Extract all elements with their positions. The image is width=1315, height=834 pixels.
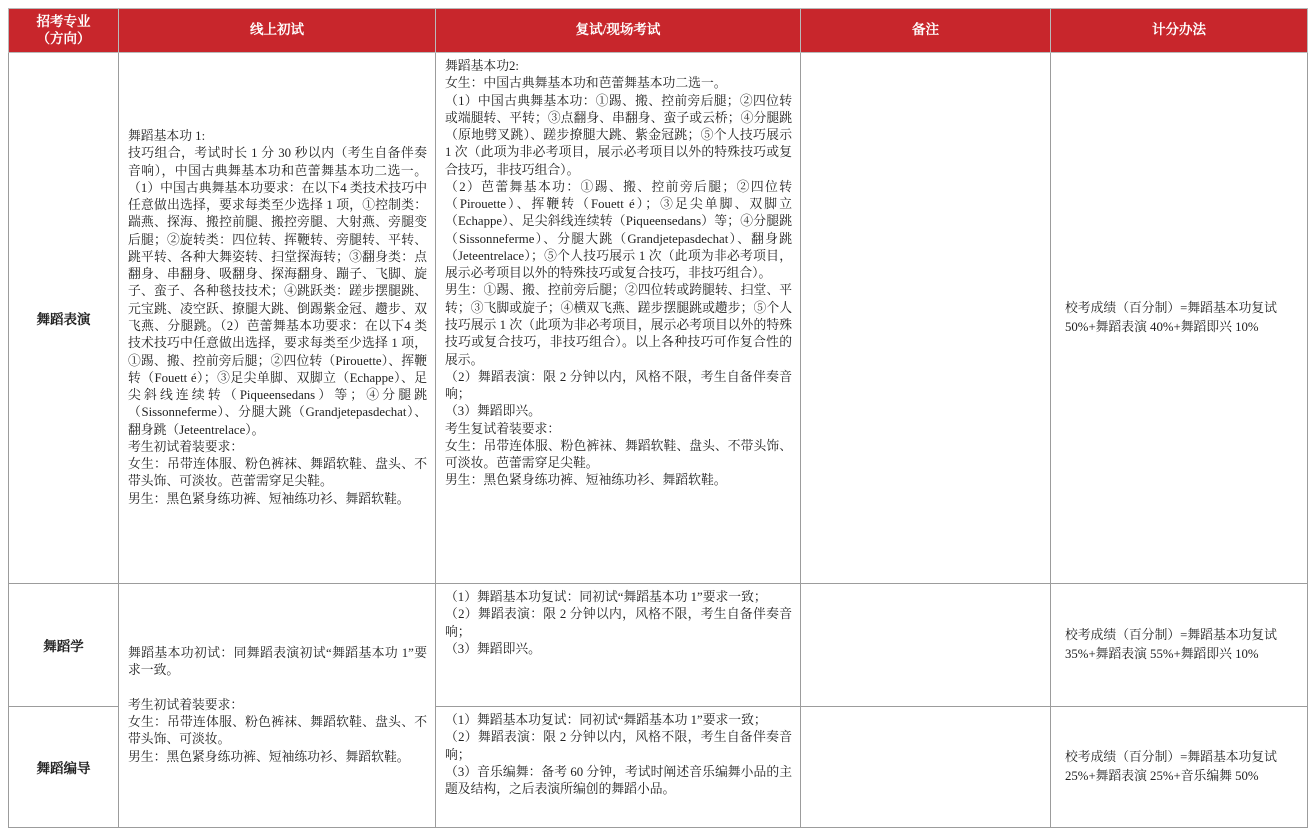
scoring-cell-dance-studies: 校考成绩（百分制）=舞蹈基本功复试 35%+舞蹈表演 55%+舞蹈即兴 10%: [1051, 584, 1308, 707]
retest-cell-dance-choreography: （1）舞蹈基本功复试：同初试“舞蹈基本功 1”要求一致； （2）舞蹈表演：限 2…: [436, 707, 801, 828]
retest-cell-dance-performance: 舞蹈基本功2: 女生：中国古典舞基本功和芭蕾舞基本功二选一。 （1）中国古典舞基…: [436, 53, 801, 584]
remarks-cell-dance-choreography: [801, 707, 1051, 828]
header-cell-scoring-method: 计分办法: [1051, 9, 1308, 53]
major-cell-dance-choreography: 舞蹈编导: [9, 707, 119, 828]
header-cell-major: 招考专业 （方向）: [9, 9, 119, 53]
scoring-cell-dance-choreography: 校考成绩（百分制）=舞蹈基本功复试 25%+舞蹈表演 25%+音乐编舞 50%: [1051, 707, 1308, 828]
online-prelim-cell-dance-performance: 舞蹈基本功 1: 技巧组合，考试时长 1 分 30 秒以内（考生自备伴奏音响），…: [119, 53, 436, 584]
major-cell-dance-performance: 舞蹈表演: [9, 53, 119, 584]
online-prelim-cell-merged: 舞蹈基本功初试：同舞蹈表演初试“舞蹈基本功 1”要求一致。 考生初试着装要求： …: [119, 584, 436, 828]
header-cell-retest-onsite: 复试/现场考试: [436, 9, 801, 53]
header-cell-online-prelim: 线上初试: [119, 9, 436, 53]
row-dance-performance: 舞蹈表演 舞蹈基本功 1: 技巧组合，考试时长 1 分 30 秒以内（考生自备伴…: [9, 53, 1308, 584]
page: 招考专业 （方向） 线上初试 复试/现场考试 备注 计分办法 舞蹈表演 舞蹈基本…: [0, 0, 1315, 834]
remarks-cell-dance-performance: [801, 53, 1051, 584]
header-cell-remarks: 备注: [801, 9, 1051, 53]
row-dance-studies: 舞蹈学 舞蹈基本功初试：同舞蹈表演初试“舞蹈基本功 1”要求一致。 考生初试着装…: [9, 584, 1308, 707]
dance-exam-table: 招考专业 （方向） 线上初试 复试/现场考试 备注 计分办法 舞蹈表演 舞蹈基本…: [8, 8, 1308, 828]
major-cell-dance-studies: 舞蹈学: [9, 584, 119, 707]
retest-cell-dance-studies: （1）舞蹈基本功复试：同初试“舞蹈基本功 1”要求一致； （2）舞蹈表演：限 2…: [436, 584, 801, 707]
remarks-cell-dance-studies: [801, 584, 1051, 707]
header-row: 招考专业 （方向） 线上初试 复试/现场考试 备注 计分办法: [9, 9, 1308, 53]
scoring-cell-dance-performance: 校考成绩（百分制）=舞蹈基本功复试 50%+舞蹈表演 40%+舞蹈即兴 10%: [1051, 53, 1308, 584]
